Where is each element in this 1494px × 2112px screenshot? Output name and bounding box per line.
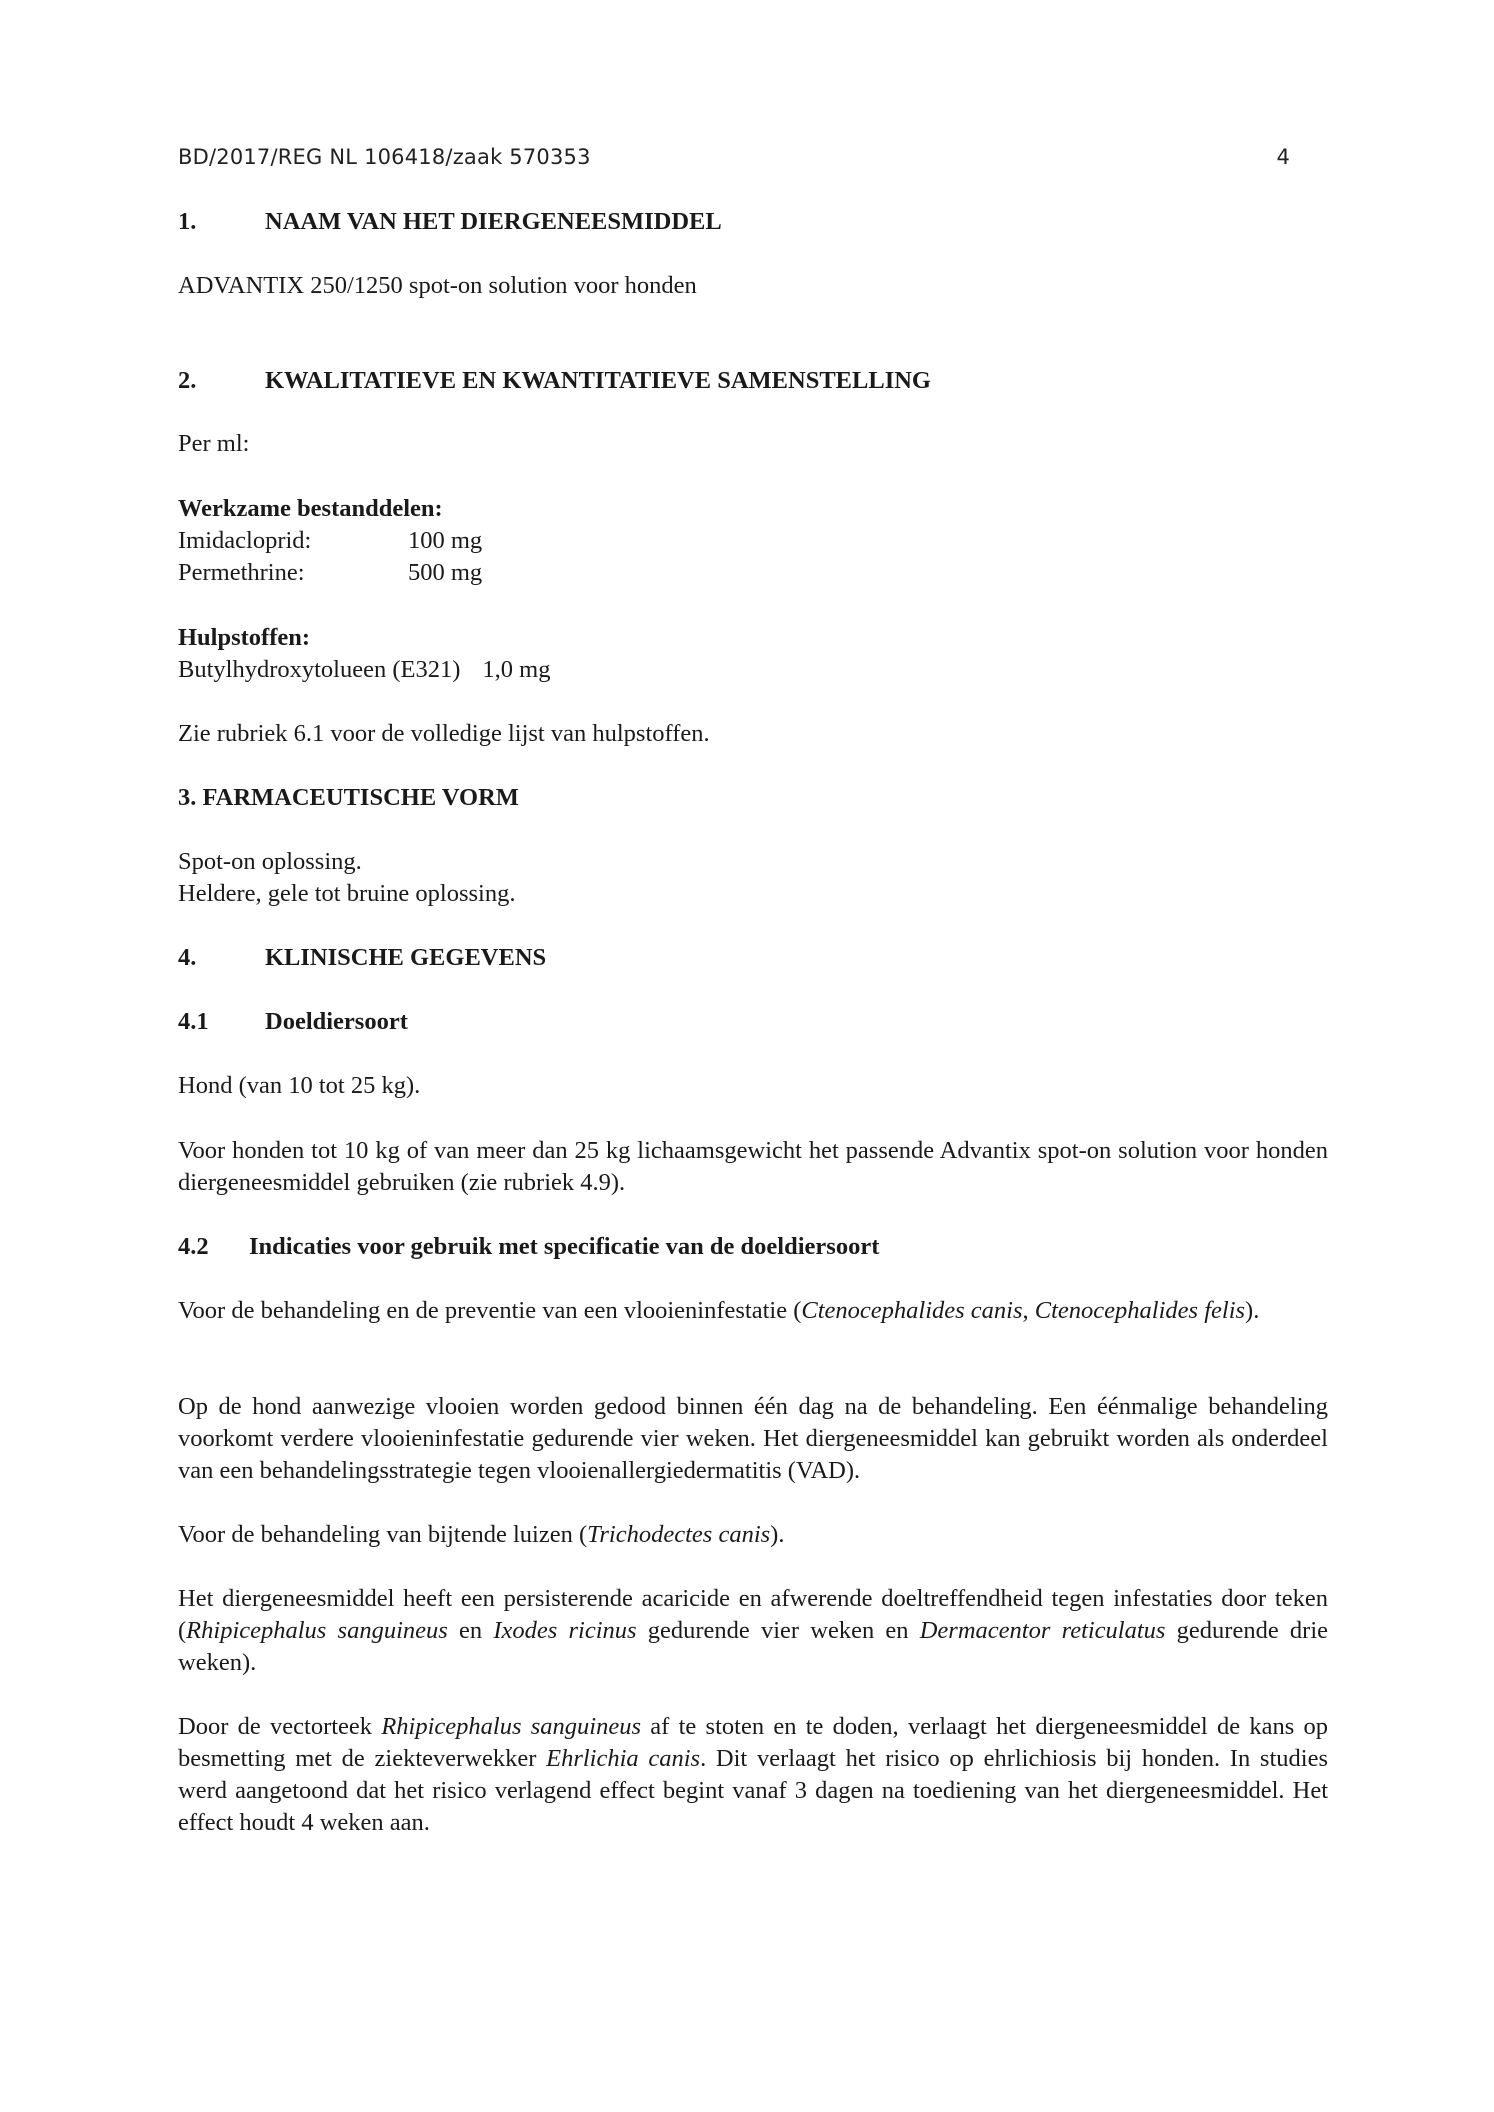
text: Voor de behandeling van bijtende luizen … (178, 1521, 587, 1548)
active-substances-heading: Werkzame bestanddelen: (178, 493, 1328, 525)
text: ). (770, 1521, 784, 1548)
excipients-note: Zie rubriek 6.1 voor de volledige lijst … (178, 718, 1328, 750)
target-species: Hond (van 10 tot 25 kg). (178, 1070, 1328, 1102)
text: Door de vectorteek (178, 1713, 381, 1740)
species-name: Ctenocephalides felis (1035, 1297, 1245, 1324)
substance-amount: 100 mg (408, 525, 482, 557)
text: ). (1245, 1297, 1259, 1324)
indication-ehrlichiosis: Door de vectorteek Rhipicephalus sanguin… (178, 1711, 1328, 1839)
form-line: Heldere, gele tot bruine oplossing. (178, 878, 1328, 910)
section-number: 4. (178, 942, 265, 974)
per-ml-label: Per ml: (178, 428, 1328, 460)
text: en (448, 1617, 494, 1644)
text: , (1023, 1297, 1035, 1324)
substance-name: Imidacloprid: (178, 525, 408, 557)
section-2-heading: 2.KWALITATIEVE EN KWANTITATIEVE SAMENSTE… (178, 365, 931, 397)
species-name: Ixodes ricinus (493, 1617, 636, 1644)
section-title: NAAM VAN HET DIERGENEESMIDDEL (265, 208, 722, 235)
excipient-row: Butylhydroxytolueen (E321) 1,0 mg (178, 654, 1328, 686)
running-header: BD/2017/REG NL 106418/zaak 570353 4 (178, 145, 1290, 169)
active-substances: Werkzame bestanddelen: Imidacloprid: 100… (178, 493, 1328, 589)
species-name: Trichodectes canis (587, 1521, 770, 1548)
section-3-heading: 3. FARMACEUTISCHE VORM (178, 782, 519, 814)
subsection-number: 4.1 (178, 1006, 265, 1038)
substance-name: Permethrine: (178, 557, 408, 589)
section-title: KLINISCHE GEGEVENS (265, 944, 546, 971)
active-row: Imidacloprid: 100 mg (178, 525, 1328, 557)
substance-amount: 500 mg (408, 557, 482, 589)
section-4-heading: 4.KLINISCHE GEGEVENS (178, 942, 546, 974)
weight-note: Voor honden tot 10 kg of van meer dan 25… (178, 1135, 1328, 1199)
form-line: Spot-on oplossing. (178, 846, 1328, 878)
excipient-amount: 1,0 mg (482, 654, 550, 686)
text: Voor de behandeling en de preventie van … (178, 1297, 801, 1324)
subsection-4-1-heading: 4.1Doeldiersoort (178, 1006, 408, 1038)
section-number: 2. (178, 365, 265, 397)
excipient-name: Butylhydroxytolueen (E321) (178, 654, 460, 686)
document-reference: BD/2017/REG NL 106418/zaak 570353 (178, 145, 591, 169)
species-name: Ctenocephalides canis (801, 1297, 1022, 1324)
section-1-heading: 1.NAAM VAN HET DIERGENEESMIDDEL (178, 206, 722, 238)
indication-flea-efficacy: Op de hond aanwezige vlooien worden gedo… (178, 1391, 1328, 1487)
pharmaceutical-form: Spot-on oplossing. Heldere, gele tot bru… (178, 846, 1328, 910)
species-name: Ehrlichia canis (546, 1745, 700, 1772)
indication-lice: Voor de behandeling van bijtende luizen … (178, 1519, 1328, 1551)
species-name: Dermacentor reticulatus (920, 1617, 1166, 1644)
subsection-number: 4.2 (178, 1231, 249, 1263)
text: gedurende vier weken en (637, 1617, 920, 1644)
subsection-4-2-heading: 4.2Indicaties voor gebruik met specifica… (178, 1231, 879, 1263)
section-number: 1. (178, 206, 265, 238)
page-number: 4 (1276, 145, 1290, 169)
product-name: ADVANTIX 250/1250 spot-on solution voor … (178, 270, 1328, 302)
active-row: Permethrine: 500 mg (178, 557, 1328, 589)
subsection-title: Indicaties voor gebruik met specificatie… (249, 1233, 879, 1260)
indication-fleas: Voor de behandeling en de preventie van … (178, 1295, 1328, 1327)
excipients: Hulpstoffen: Butylhydroxytolueen (E321) … (178, 622, 1328, 686)
species-name: Rhipicephalus sanguineus (381, 1713, 641, 1740)
indication-ticks: Het diergeneesmiddel heeft een persister… (178, 1583, 1328, 1679)
species-name: Rhipicephalus sanguineus (186, 1617, 448, 1644)
excipients-heading: Hulpstoffen: (178, 622, 1328, 654)
subsection-title: Doeldiersoort (265, 1008, 408, 1035)
section-title: KWALITATIEVE EN KWANTITATIEVE SAMENSTELL… (265, 367, 931, 394)
